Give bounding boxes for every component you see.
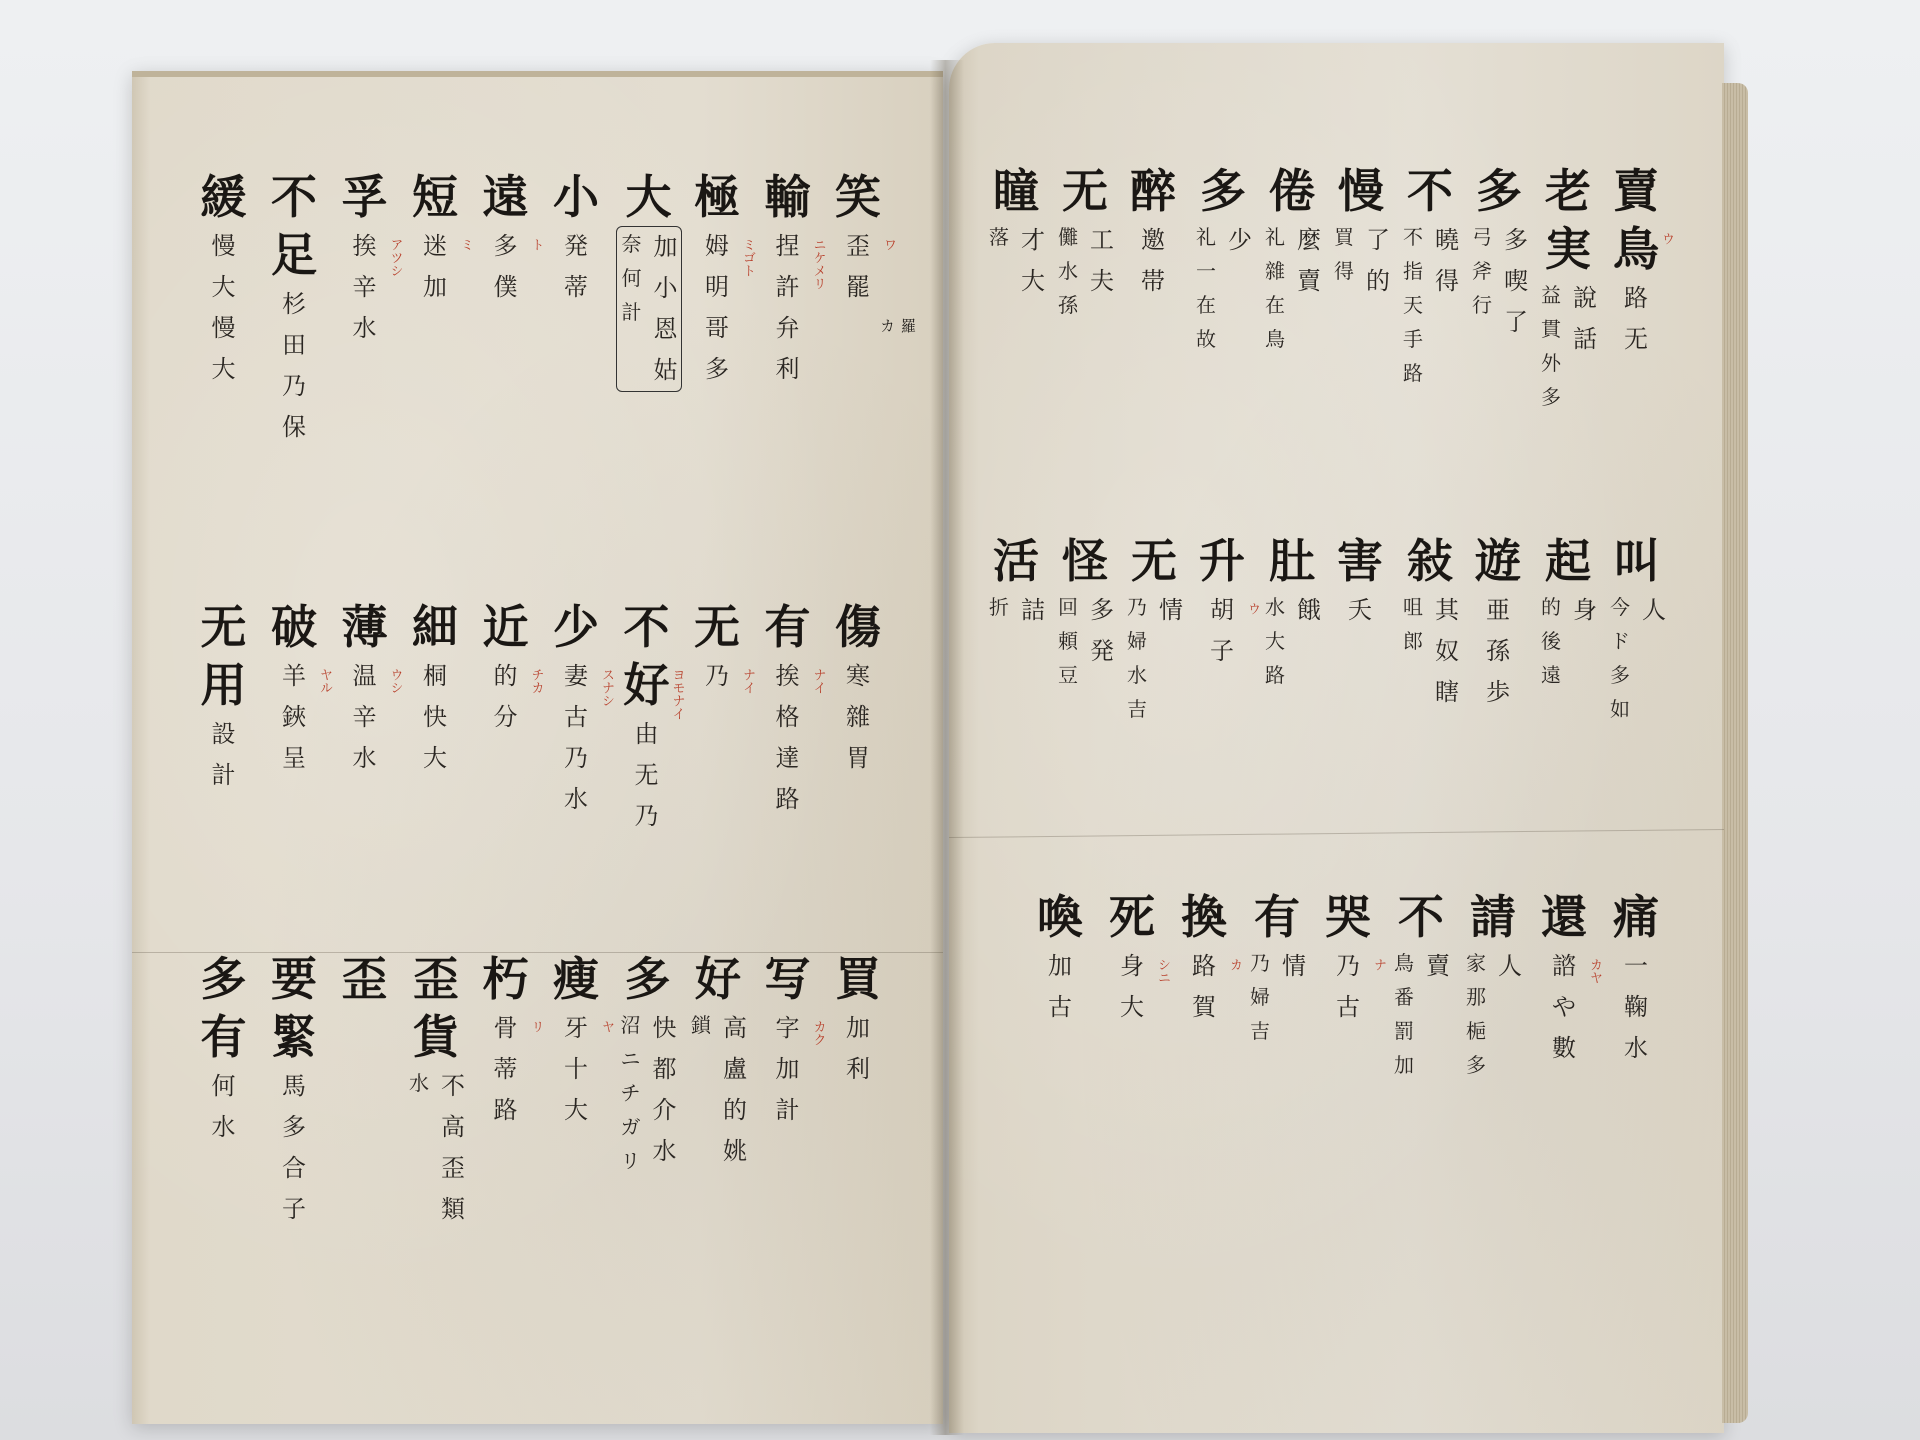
gloss-side: 買得 [1329,220,1359,302]
gloss-main: 杉田乃保 [278,284,310,448]
gloss-char: 大 [208,267,240,308]
gloss-side-char: 那 [1461,980,1491,1014]
gloss-side-char: 路 [1260,658,1290,692]
glossary-entry: 遊亜孫歩 [1467,532,1529,713]
gloss-char: 麼 [1294,220,1324,261]
glossary-entry: 瞳才大落 [984,162,1048,302]
headword-char: 老 [1537,162,1599,220]
gloss-char: 加 [772,1049,804,1090]
gloss-side: 折 [984,590,1014,631]
headword-char: 叫 [1606,532,1668,590]
gloss-char: 路 [1188,946,1220,987]
gloss-side-char: 吉 [1122,692,1152,726]
gloss-group: 何水 [208,1066,240,1148]
gloss-char: 古 [560,697,592,738]
gloss-group: 牙十大 [560,1008,592,1131]
gloss-char: 大 [1018,261,1048,302]
gloss-side-char: 水 [1122,658,1152,692]
gloss-side: 鎖 [686,1008,716,1172]
gloss-side-char: 水 [1053,254,1083,288]
gloss-char: 快 [419,697,451,738]
headword-char: 倦 [1261,162,1323,220]
gloss-group: 高盧的姚鎖 [686,1008,750,1172]
gloss-char: 多 [1087,590,1117,631]
gloss-main: 設計 [208,714,240,796]
gloss-group: 胡子 [1206,590,1238,672]
headword-char: 起 [1537,532,1599,590]
gloss-side-char: 回 [1053,590,1083,624]
red-ruby-annotation: ニケメリ [811,238,825,290]
gloss-main: 加古 [1044,946,1076,1028]
gloss-char: 得 [1432,261,1462,302]
gloss-group: 餓水大路 [1260,590,1324,692]
gloss-char: 子 [1206,631,1238,672]
gloss-main: 情 [1279,946,1309,1048]
gloss-char: 姚 [720,1131,750,1172]
gloss-char: 捏 [772,226,804,267]
headword-char: 不 [263,168,325,226]
gloss-side-char: ガリ [616,1110,646,1178]
headword-char: 怪 [1054,532,1116,590]
gloss-side: 沼ニチガリ [616,1008,646,1178]
headword-char: 足 [263,226,325,284]
gloss-side-char: 雜 [1260,254,1290,288]
gloss-char: 十 [560,1049,592,1090]
gloss-main: 温辛水 [349,656,381,779]
gloss-char: や [1548,987,1580,1028]
gloss-main: 乃 [701,656,733,697]
glossary-entry: 薄温辛水ウシ [334,598,396,779]
gloss-char: 大 [208,349,240,390]
gloss-char: 快 [650,1008,680,1049]
red-ruby-annotation: スナシ [599,668,613,707]
red-ruby-annotation: ワ [881,238,895,251]
gloss-side: 乃婦吉 [1245,946,1275,1048]
red-ruby-annotation: ナイ [811,668,825,694]
gloss-char: 田 [278,325,310,366]
red-ruby-annotation: シニ [1155,958,1169,984]
gloss-group: 路无 [1620,278,1652,360]
gloss-main: 其奴瞎 [1432,590,1462,713]
glossary-entry: 孚挨辛水アツシ [334,168,396,349]
red-ruby-annotation: ヤ [599,1020,613,1033]
gloss-group: 情乃婦吉 [1245,946,1309,1048]
gloss-side: 家那梔多 [1461,946,1491,1082]
gloss-main: 說話 [1570,278,1600,414]
gloss-char: 胃 [842,738,874,779]
headword-char: 傷 [827,598,889,656]
gloss-side-char: 豆 [1053,658,1083,692]
gloss-main: 餓 [1294,590,1324,692]
glossary-entry: 不足杉田乃保 [263,168,325,448]
gloss-group: 多発回頼豆 [1053,590,1117,692]
red-ruby-annotation: ヨモナイ [670,668,684,720]
gloss-char: 恩 [651,309,681,350]
gloss-char: 姆 [701,226,733,267]
headword-char: 歪 [334,950,396,1008]
gloss-main: 人 [1639,590,1669,726]
gloss-side: 奈何計 [617,227,647,391]
page-stack-edge [1722,83,1748,1423]
gloss-side-char: 婦 [1245,980,1275,1014]
gloss-char: 多 [1501,220,1531,261]
gloss-char: 明 [701,267,733,308]
glossary-entry: 肚餓水大路 [1260,532,1324,692]
glossary-entry: 写字加計カク [757,950,819,1131]
gloss-side-char: 不 [1398,220,1428,254]
gloss-char: 雜 [842,697,874,738]
headword-char: 輸 [757,168,819,226]
gloss-char: 哥 [701,308,733,349]
gloss-char: 歪 [842,226,874,267]
gloss-side-char: 在 [1260,288,1290,322]
gloss-main: 亜孫歩 [1482,590,1514,713]
headword-char: 細 [404,598,466,656]
headword-char: 薄 [334,598,396,656]
headword-char: 无 [1123,532,1185,590]
gloss-main: 身大 [1116,946,1148,1028]
headword-char: 緩 [193,168,255,226]
headword-char: 歪 [405,950,467,1008]
gloss-char: 挨 [772,656,804,697]
gloss-char: 字 [772,1008,804,1049]
gloss-char: 亜 [1482,590,1514,631]
red-ruby-annotation: ウ [1659,232,1673,245]
gloss-char: 水 [349,738,381,779]
glossary-entry: 多快都介水沼ニチガリ [616,950,680,1178]
gloss-main: 字加計 [772,1008,804,1131]
glossary-entry: 歪 [334,950,396,1008]
headword-char: 无 [1054,162,1116,220]
gloss-group: 乃 [701,656,733,697]
glossary-entry: 多少礼一在故 [1191,162,1255,356]
gloss-char: 蒂 [560,267,592,308]
book-gutter [930,60,964,1435]
gloss-side-char: 落 [984,220,1014,254]
gloss-main: 妻古乃水 [560,656,592,820]
gloss-char: 蒂 [490,1049,522,1090]
ink-annotation: 羅カ [877,318,919,333]
gloss-side-char: 奈 [617,227,647,261]
gloss-main: 才大 [1018,220,1048,302]
gloss-main: 乃古 [1332,946,1364,1028]
gloss-side-char: 在 [1191,288,1221,322]
gloss-side-char: 吉 [1245,1014,1275,1048]
gloss-group: 工夫儺水孫 [1053,220,1117,322]
gloss-char: 挨 [349,226,381,267]
gloss-char: 帯 [1137,261,1169,302]
gloss-main: 羊鋏呈 [278,656,310,779]
gloss-group: 才大落 [984,220,1048,302]
gloss-group: 設計 [208,714,240,796]
gloss-char: 水 [208,1107,240,1148]
glossary-entry: 笑歪罷ワ羅カ [827,168,889,308]
gloss-side: 的後遠 [1536,590,1566,692]
gloss-main: 情 [1156,590,1186,726]
headword-char: 醉 [1122,162,1184,220]
gloss-char: 賣 [1423,946,1453,987]
gloss-main: 発蒂 [560,226,592,308]
headword-char: 還 [1533,888,1595,946]
glossary-entry: 近的分チカ [475,598,537,738]
gloss-side: 今ド多如 [1605,590,1635,726]
gloss-group: 說話益貫外多 [1536,278,1600,414]
headword-char: 活 [985,532,1047,590]
red-ruby-annotation: カク [811,1020,825,1046]
gloss-char: 一 [1620,946,1652,987]
gloss-main: 捏許弁利 [772,226,804,390]
gloss-side-char: 益 [1536,278,1566,312]
gloss-char: 的 [1363,261,1393,302]
gloss-char: 発 [1087,631,1117,672]
gloss-char: 呈 [278,738,310,779]
gloss-side-char: 斧 [1467,254,1497,288]
headword-char: 有 [193,1008,255,1066]
red-ruby-annotation: カヤ [1587,958,1601,984]
glossary-entry: 歪貨不高歪類水 [404,950,468,1230]
gloss-main: 人 [1495,946,1525,1082]
gloss-side-char: 咀 [1398,590,1428,624]
gloss-side-char: 何 [617,261,647,295]
gloss-char: 杉 [278,284,310,325]
glossary-entry: 遠多僕ト [475,168,537,308]
red-ruby-annotation: ヤル [317,668,331,694]
gloss-char: 都 [650,1049,680,1090]
gloss-char: 古 [1044,987,1076,1028]
gloss-group: 麼賣礼雜在鳥 [1260,220,1324,356]
red-ruby-annotation: ト [529,238,543,251]
glossary-entry: 喚加古 [1029,888,1091,1028]
red-ruby-annotation: ミゴト [740,238,754,277]
gloss-char: 牙 [560,1008,592,1049]
gloss-char: 辛 [349,267,381,308]
headword-char: 肚 [1261,532,1323,590]
red-ruby-annotation: ウシ [388,668,402,694]
glossary-entry: 有挨格達路ナイ [757,598,819,820]
gloss-side: 不指天手路 [1398,220,1428,390]
gloss-main: 邀帯 [1137,220,1169,302]
glossary-entry: 短迷加ミ [404,168,466,308]
gloss-group: 其奴瞎咀郎 [1398,590,1462,713]
gloss-char: 計 [772,1090,804,1131]
gloss-char: 人 [1639,590,1669,631]
gloss-side-char: 天 [1398,288,1428,322]
glossary-entry: 慢了的買得 [1329,162,1393,302]
gloss-main: 諮や數 [1548,946,1580,1069]
gloss-group: 多喫了弓斧行 [1467,220,1531,343]
gloss-char: 喫 [1501,261,1531,302]
gloss-char: 多 [701,349,733,390]
gloss-side-char: 遠 [1536,658,1566,692]
gloss-char: 无 [631,755,663,796]
gloss-char: 大 [419,738,451,779]
gloss-group: 加古 [1044,946,1076,1028]
gloss-main: 了的 [1363,220,1393,302]
glossary-entry: 起身的後遠 [1536,532,1600,692]
gloss-group: 曉得不指天手路 [1398,220,1462,390]
gloss-char: 乃 [1332,946,1364,987]
glossary-entry: 醉邀帯 [1122,162,1184,302]
headword-char: 升 [1191,532,1253,590]
gloss-group: 馬多合子 [278,1066,310,1230]
gloss-char: 加 [842,1008,874,1049]
gloss-char: 達 [772,738,804,779]
gloss-side: 弓斧行 [1467,220,1497,343]
gloss-group: 由无乃 [631,714,663,837]
gloss-side: 益貫外多 [1536,278,1566,414]
gloss-group: 亜孫歩 [1482,590,1514,713]
gloss-char: 辛 [349,697,381,738]
gloss-char: 數 [1548,1028,1580,1069]
gloss-char: 的 [720,1090,750,1131]
headword-char: 遠 [475,168,537,226]
glossary-entry: 傷寒雜胃 [827,598,889,779]
gloss-group: 身的後遠 [1536,590,1600,692]
gloss-char: 由 [631,714,663,755]
headword-char: 不 [616,598,678,656]
gloss-char: 歪 [438,1148,468,1189]
glossary-entry: 倦麼賣礼雜在鳥 [1260,162,1324,356]
headword-char: 多 [1468,162,1530,220]
gloss-main: 牙十大 [560,1008,592,1131]
gloss-char: 姑 [651,350,681,391]
gloss-main: 姆明哥多 [701,226,733,390]
gloss-group: 歪罷 [842,226,874,308]
headword-char: 有 [757,598,819,656]
glossary-entry: 叫人今ド多如 [1605,532,1669,726]
gloss-side-char: 後 [1536,624,1566,658]
gloss-main: 慢大慢大 [208,226,240,390]
gloss-group: 桐快大 [419,656,451,779]
gloss-side-char: 手 [1398,322,1428,356]
gloss-side-char: 計 [617,295,647,329]
gloss-side-char: 礼 [1260,220,1290,254]
gloss-char: 多 [490,226,522,267]
gloss-group: 加利 [842,1008,874,1090]
glossary-entry: 輸捏許弁利ニケメリ [757,168,819,390]
glossary-entry: 哭乃古ナ [1317,888,1379,1028]
gloss-char: 古 [1332,987,1364,1028]
gloss-char: 馬 [278,1066,310,1107]
glossary-entry: 極姆明哥多ミゴト [686,168,748,390]
gloss-char: 夭 [1344,590,1376,631]
glossary-entry: 少妻古乃水スナシ [545,598,607,820]
gloss-main: 骨蒂路 [490,1008,522,1131]
gloss-char: 孫 [1482,631,1514,672]
gloss-char: 无 [1620,319,1652,360]
gloss-side-char: 如 [1605,692,1635,726]
gloss-side-char: 外 [1536,346,1566,380]
gloss-char: 計 [208,755,240,796]
gloss-side: 鳥番罰加 [1389,946,1419,1082]
glossary-entry: 不曉得不指天手路 [1398,162,1462,390]
gloss-main: 寒雜胃 [842,656,874,779]
gloss-char: 的 [490,656,522,697]
gloss-main: 馬多合子 [278,1066,310,1230]
gloss-char: 何 [208,1066,240,1107]
gloss-group: 人今ド多如 [1605,590,1669,726]
gloss-main: 迷加 [419,226,451,308]
gloss-char: 温 [349,656,381,697]
headword-char: 破 [263,598,325,656]
glossary-entry: 多多喫了弓斧行 [1467,162,1531,343]
gloss-main: 加利 [842,1008,874,1090]
headword-char: 大 [618,168,680,226]
gloss-side-char: 乃 [1122,590,1152,624]
gloss-char: 曉 [1432,220,1462,261]
gloss-char: 水 [1620,1028,1652,1069]
gloss-char: 路 [1620,278,1652,319]
gloss-side-char: 沼 [616,1008,646,1042]
glossary-entry: 痛一鞠水 [1605,888,1667,1069]
headword-char: 喚 [1029,888,1091,946]
gloss-main: 賣 [1423,946,1453,1082]
red-ruby-annotation: ミ [458,238,472,251]
gloss-char: 加 [1044,946,1076,987]
gloss-char: 加 [651,227,681,268]
headword-char: 短 [404,168,466,226]
headword-char: 有 [1246,888,1308,946]
gloss-side-char: 鎖 [686,1008,716,1042]
gloss-char: 許 [772,267,804,308]
glossary-entry: 多有何水 [193,950,255,1148]
glossary-entry: 无工夫儺水孫 [1053,162,1117,322]
headword-char: 不 [1390,888,1452,946]
gloss-side-char: 鳥 [1260,322,1290,356]
gloss-side-char: 貫 [1536,312,1566,346]
glossary-entry: 不好由无乃ヨモナイ [616,598,678,837]
headword-char: 孚 [334,168,396,226]
gloss-char: 多 [278,1107,310,1148]
glossary-entry: 小発蒂 [545,168,607,308]
headword-char: 極 [686,168,748,226]
glossary-entry: 怪多発回頼豆 [1053,532,1117,692]
gloss-char: 鞠 [1620,987,1652,1028]
gloss-side-char: 儺 [1053,220,1083,254]
glossary-entry: 不賣鳥番罰加 [1389,888,1453,1082]
headword-char: 笑 [827,168,889,226]
gloss-char: 歩 [1482,672,1514,713]
glossary-entry: 朽骨蒂路リ [475,950,537,1131]
gloss-group: 骨蒂路 [490,1008,522,1131]
gloss-char: 說 [1570,278,1600,319]
gloss-char: 鋏 [278,697,310,738]
gloss-group: 温辛水 [349,656,381,779]
gloss-char: 加 [419,267,451,308]
gloss-group: 羊鋏呈 [278,656,310,779]
gloss-main: 快都介水 [650,1008,680,1178]
gloss-char: 罷 [842,267,874,308]
gloss-side: 回頼豆 [1053,590,1083,692]
gloss-main: 詰 [1018,590,1048,631]
gloss-char: 餓 [1294,590,1324,631]
headword-char: 无 [193,598,255,656]
gloss-char: 乃 [278,366,310,407]
gloss-char: 小 [651,268,681,309]
gloss-side-char: 水 [1260,590,1290,624]
gloss-group: 身大 [1116,946,1148,1028]
gloss-group: 乃古 [1332,946,1364,1028]
glossary-entry: 細桐快大 [404,598,466,779]
gloss-side-char: 的 [1536,590,1566,624]
gloss-char: 寒 [842,656,874,697]
gloss-main: 挨格達路 [772,656,804,820]
gloss-char: 人 [1495,946,1525,987]
gloss-side: 咀郎 [1398,590,1428,713]
gloss-main: 路賀 [1188,946,1220,1028]
red-ruby-annotation: ウ [1245,602,1259,615]
glossary-entry: 瘦牙十大ヤ [545,950,607,1131]
